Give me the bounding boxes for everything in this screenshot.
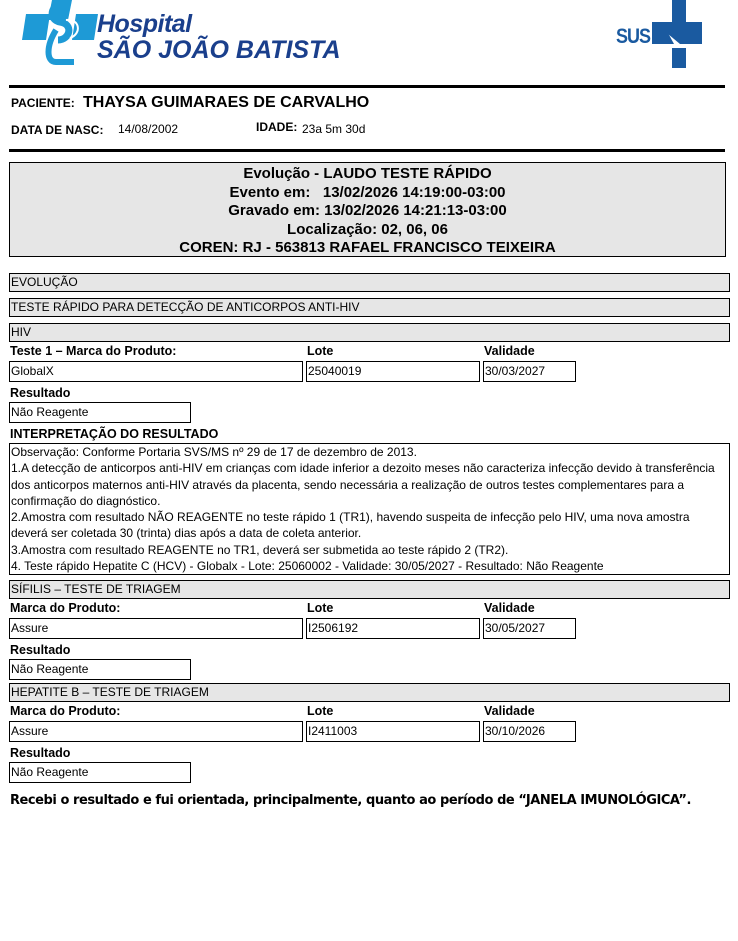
hiv-lot-label: Lote <box>307 344 333 358</box>
interpretation-line: 3.Amostra com resultado REAGENTE no TR1,… <box>11 542 727 558</box>
age-label: IDADE: <box>256 120 297 134</box>
hiv-lot-field: 25040019 <box>306 361 480 382</box>
hiv-brand-label: Teste 1 – Marca do Produto: <box>10 344 176 358</box>
sifilis-validity-label: Validade <box>484 601 535 615</box>
hiv-validity-field: 30/03/2027 <box>483 361 576 382</box>
location: Localização: 02, 06, 06 <box>10 221 725 240</box>
patient-name-label: PACIENTE: <box>11 96 75 110</box>
hepb-brand-field: Assure <box>9 721 303 742</box>
hospital-name-line1: Hospital <box>97 12 341 37</box>
hepb-lot-field: I2411003 <box>306 721 480 742</box>
hiv-brand-field: GlobalX <box>9 361 303 382</box>
sifilis-brand-label: Marca do Produto: <box>10 601 120 615</box>
hepb-lot-label: Lote <box>307 704 333 718</box>
hepb-brand-label: Marca do Produto: <box>10 704 120 718</box>
section-test-title: TESTE RÁPIDO PARA DETECÇÃO DE ANTICORPOS… <box>9 298 730 317</box>
hepb-result-field: Não Reagente <box>9 762 191 783</box>
hepb-validity-label: Validade <box>484 704 535 718</box>
hepb-result-label: Resultado <box>10 746 70 760</box>
recorded-datetime: Gravado em: 13/02/2026 14:21:13-03:00 <box>10 202 725 221</box>
interpretation-line: 2.Amostra com resultado NÃO REAGENTE no … <box>11 509 727 542</box>
age-value: 23a 5m 30d <box>302 122 365 136</box>
acknowledgement-note: Recebi o resultado e fui orientada, prin… <box>10 793 691 808</box>
hiv-validity-label: Validade <box>484 344 535 358</box>
interpretation-line: 4. Teste rápido Hepatite C (HCV) - Globa… <box>11 558 727 574</box>
hiv-result-field: Não Reagente <box>9 402 191 423</box>
report-title: Evolução - LAUDO TESTE RÁPIDO <box>10 165 725 184</box>
sifilis-brand-field: Assure <box>9 618 303 639</box>
sifilis-lot-field: I2506192 <box>306 618 480 639</box>
hepb-validity-field: 30/10/2026 <box>483 721 576 742</box>
interpretation-label: INTERPRETAÇÃO DO RESULTADO <box>10 427 218 441</box>
interpretation-text: Observação: Conforme Portaria SVS/MS nº … <box>9 443 730 575</box>
divider <box>9 85 725 88</box>
dob-value: 14/08/2002 <box>118 122 178 136</box>
divider <box>9 149 725 152</box>
hospital-logo-icon <box>20 0 100 68</box>
sifilis-lot-label: Lote <box>307 601 333 615</box>
section-evolucao: EVOLUÇÃO <box>9 273 730 292</box>
section-sifilis: SÍFILIS – TESTE DE TRIAGEM <box>9 580 730 599</box>
sus-logo-text: SUS <box>616 24 650 49</box>
patient-name: THAYSA GUIMARAES DE CARVALHO <box>83 94 369 112</box>
hospital-name: Hospital SÃO JOÃO BATISTA <box>97 12 341 63</box>
report-header: Evolução - LAUDO TESTE RÁPIDO Evento em:… <box>9 162 726 257</box>
interpretation-line: 1.A detecção de anticorpos anti-HIV em c… <box>11 460 727 509</box>
event-datetime: Evento em: 13/02/2026 14:19:00-03:00 <box>10 184 725 203</box>
hiv-result-label: Resultado <box>10 386 70 400</box>
hospital-name-line2: SÃO JOÃO BATISTA <box>97 38 341 63</box>
sifilis-validity-field: 30/05/2027 <box>483 618 576 639</box>
sifilis-result-field: Não Reagente <box>9 659 191 680</box>
coren-professional: COREN: RJ - 563813 RAFAEL FRANCISCO TEIX… <box>10 239 725 258</box>
dob-label: DATA DE NASC: <box>11 123 103 137</box>
sifilis-result-label: Resultado <box>10 643 70 657</box>
section-hepatite-b: HEPATITE B – TESTE DE TRIAGEM <box>9 683 730 702</box>
interpretation-line: Observação: Conforme Portaria SVS/MS nº … <box>11 444 727 460</box>
section-hiv: HIV <box>9 323 730 342</box>
